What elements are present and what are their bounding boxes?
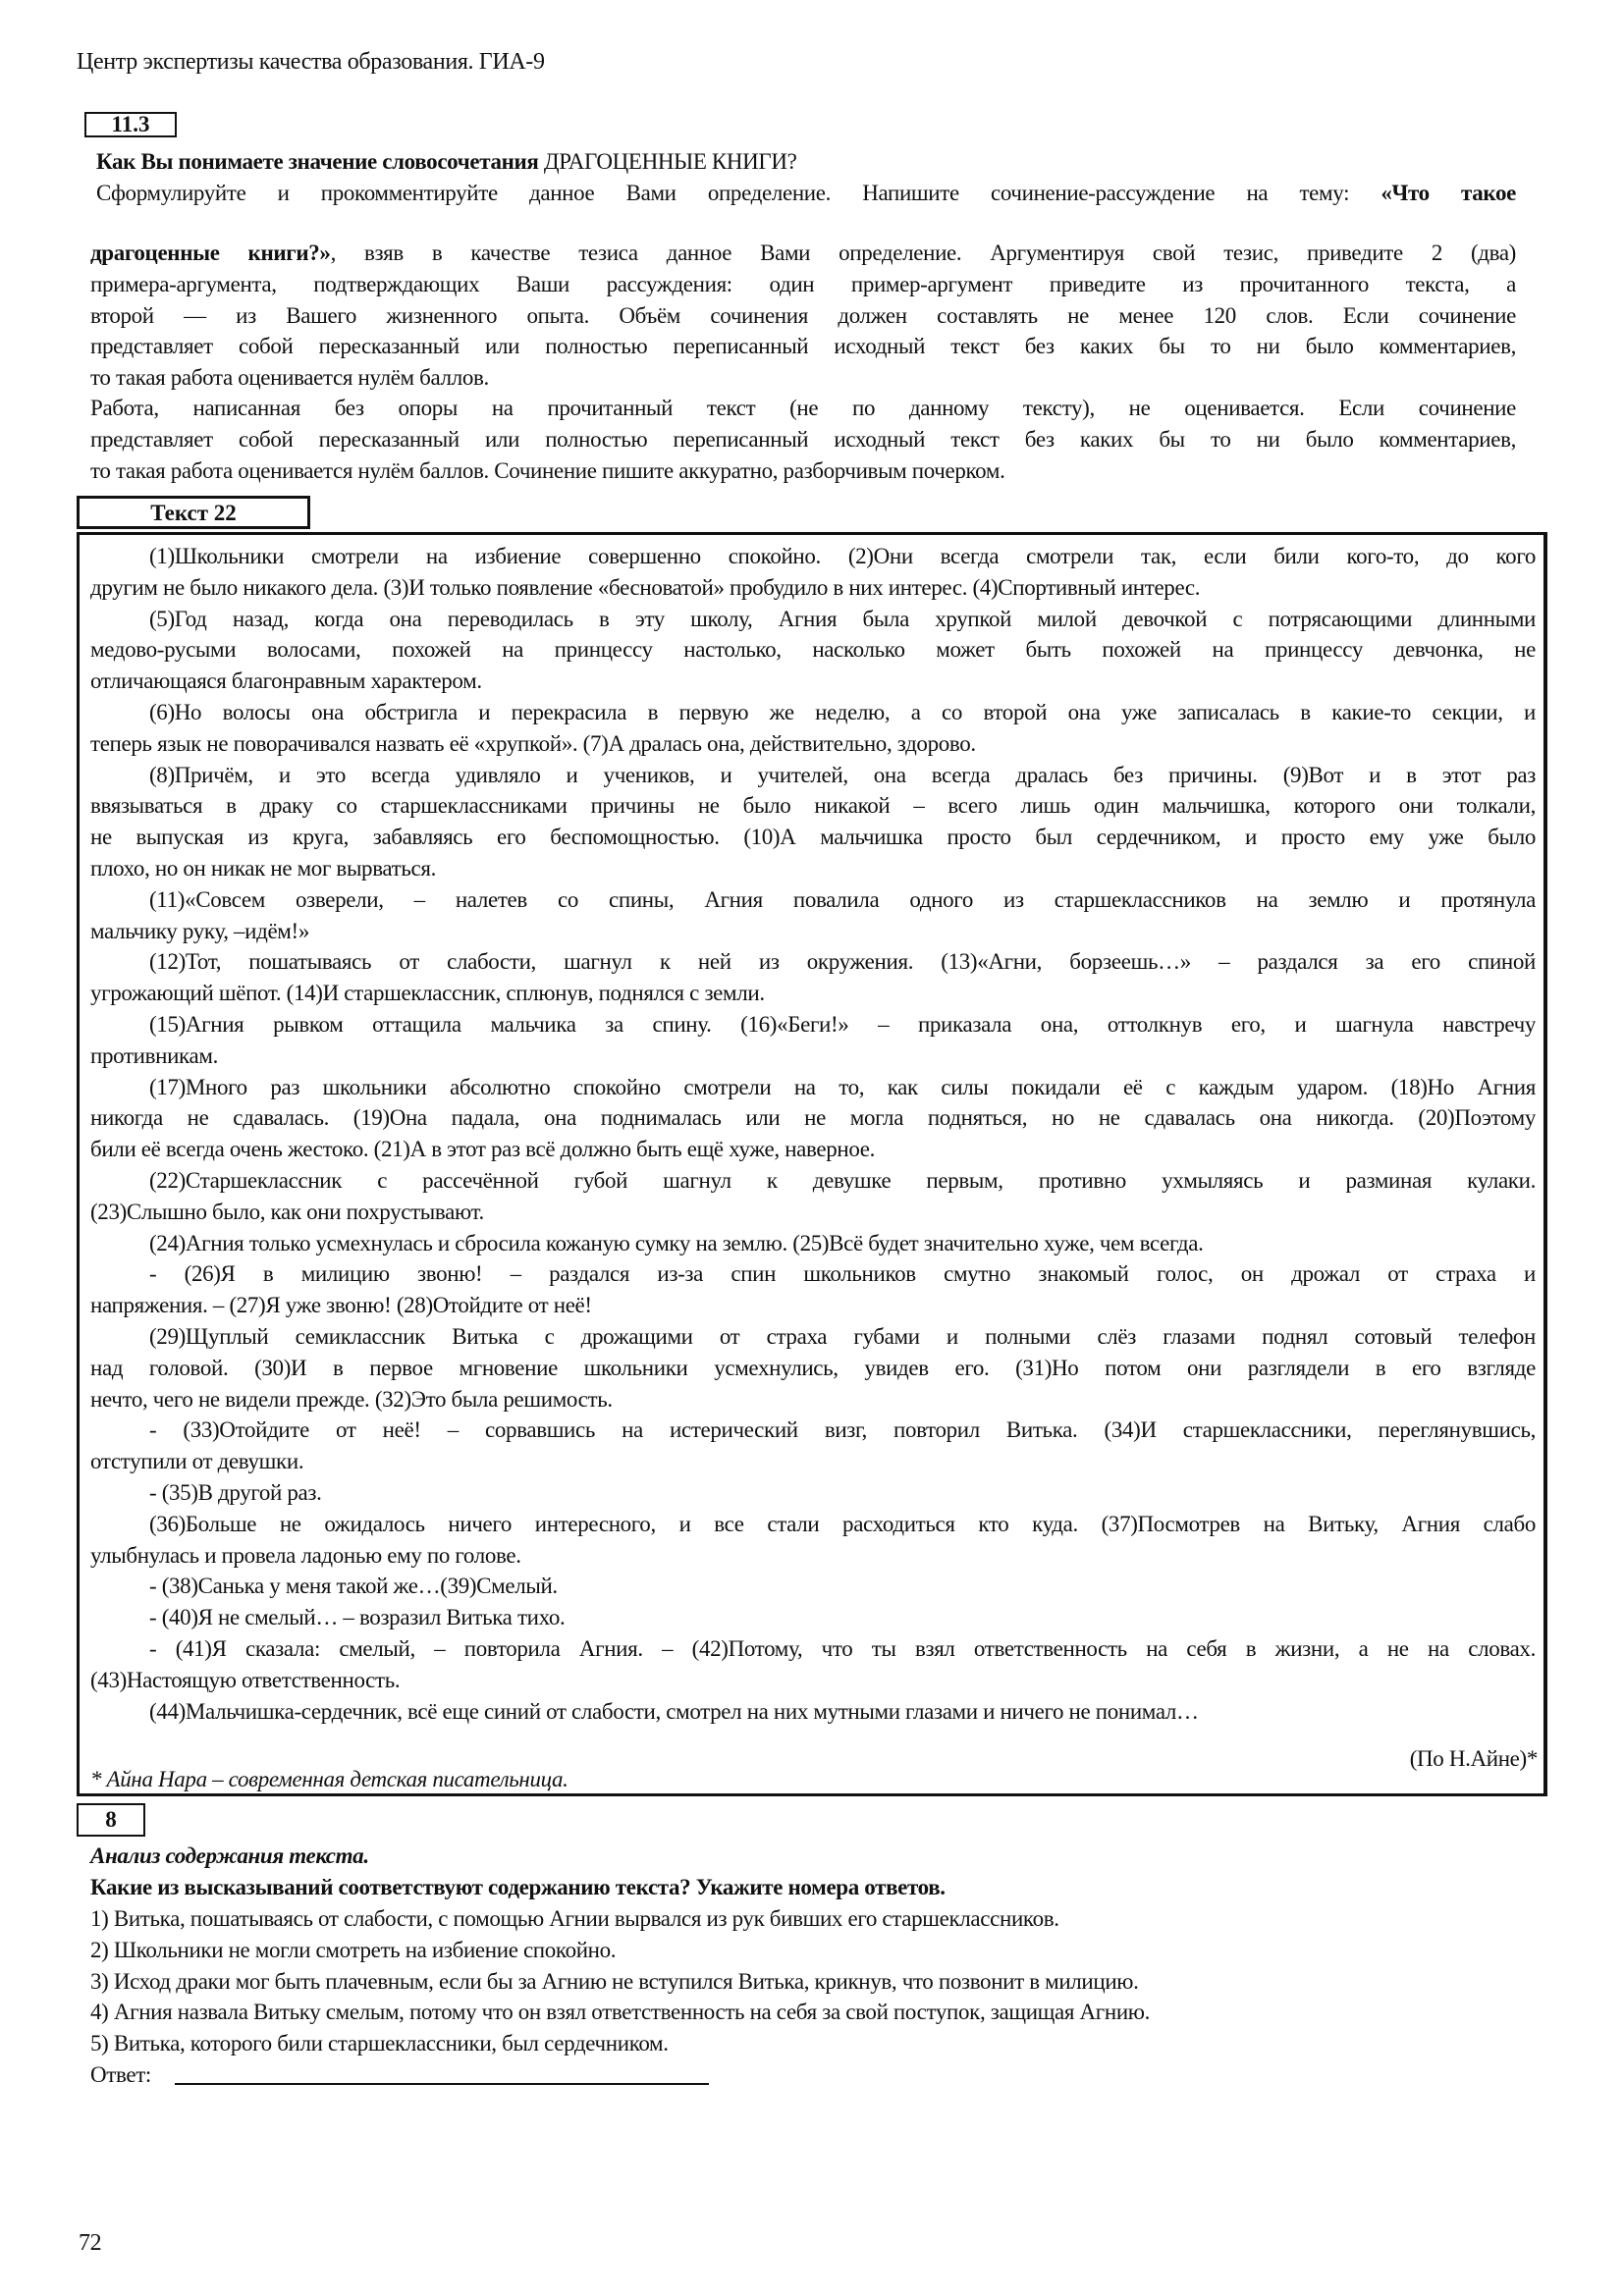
answer-option: 3) Исход драки мог быть плачевным, если … — [90, 1967, 1139, 1997]
passage-line: теперь язык не поворачивался назвать её … — [90, 729, 1536, 759]
passage-line: (15)Агния рывком оттащила мальчика за сп… — [149, 1010, 1536, 1040]
passage-line: не выпуская из круга, забавляясь его бес… — [90, 823, 1536, 852]
passage-line: отступили от девушки. — [90, 1447, 1536, 1476]
passage-line: улыбнулась и провела ладонью ему по голо… — [90, 1541, 1536, 1571]
passage-line: - (40)Я не смелый… – возразил Витька тих… — [149, 1603, 1536, 1632]
text-label-box: Текст 22 — [77, 496, 310, 529]
essay-instruction-line-1: Сформулируйте и прокомментируйте данное … — [96, 179, 1516, 208]
passage-line: били её всегда очень жестоко. (21)А в эт… — [90, 1135, 1536, 1164]
passage-line: угрожающий шёпот. (14)И старшеклассник, … — [90, 979, 1536, 1008]
passage-line: - (26)Я в милицию звоню! – раздался из-з… — [149, 1259, 1536, 1289]
essay-question-phrase: ДРАГОЦЕННЫЕ КНИГИ? — [544, 149, 797, 174]
passage-line: медово-русыми волосами, похожей на принц… — [90, 635, 1536, 665]
answer-input-line[interactable] — [175, 2083, 709, 2085]
task-number-label: 8 — [105, 1807, 117, 1832]
passage-line: (12)Тот, пошатываясь от слабости, шагнул… — [149, 947, 1536, 977]
passage-line: (44)Мальчишка-сердечник, всё еще синий о… — [149, 1697, 1536, 1727]
text-attribution: (По Н.Айне)* — [1410, 1744, 1538, 1774]
passage-line: (17)Много раз школьники абсолютно спокой… — [149, 1073, 1536, 1102]
essay-instruction-line: второй — из Вашего жизненного опыта. Объ… — [90, 301, 1516, 331]
passage-line: нечто, чего не видели прежде. (32)Это бы… — [90, 1385, 1536, 1415]
answer-option: 5) Витька, которого били старшеклассники… — [90, 2029, 669, 2058]
answer-option: 1) Витька, пошатываясь от слабости, с по… — [90, 1904, 1059, 1934]
passage-line: (22)Старшеклассник с рассечённой губой ш… — [149, 1166, 1536, 1196]
passage-line: (5)Год назад, когда она переводилась в э… — [149, 605, 1536, 634]
passage-line: - (38)Санька у меня такой же…(39)Смелый. — [149, 1572, 1536, 1601]
passage-line: плохо, но он никак не мог вырваться. — [90, 854, 1536, 883]
passage-line: (11)«Совсем озверели, – налетев со спины… — [149, 885, 1536, 915]
passage-line: противникам. — [90, 1041, 1536, 1071]
author-footnote: * Айна Нара – современная детская писате… — [90, 1765, 568, 1794]
running-header: Центр экспертизы качества образования. Г… — [77, 47, 545, 77]
task-number-label: 11.3 — [112, 112, 150, 136]
passage-line: (6)Но волосы она обстригла и перекрасила… — [149, 698, 1536, 727]
essay-instruction-line: Работа, написанная без опоры на прочитан… — [90, 394, 1516, 423]
text-label: Текст 22 — [150, 501, 237, 525]
essay-instruction-line-2: драгоценные книги?», взяв в качестве тез… — [90, 239, 1516, 268]
essay-question-text: Как Вы понимаете значение словосочетания — [96, 149, 544, 174]
passage-line: напряжения. – (27)Я уже звоню! (28)Отойд… — [90, 1291, 1536, 1320]
passage-line: (23)Слышно было, как они похрустывают. — [90, 1198, 1536, 1227]
passage-line: другим не было никакого дела. (3)И тольк… — [90, 573, 1536, 603]
essay-instruction-line: представляет собой пересказанный или пол… — [90, 332, 1516, 361]
task-number-11-3: 11.3 — [84, 112, 177, 137]
essay-instruction-line: представляет собой пересказанный или пол… — [90, 425, 1516, 454]
passage-line: - (35)В другой раз. — [149, 1478, 1536, 1508]
answer-label: Ответ: — [90, 2060, 151, 2090]
passage-line: никогда не сдавалась. (19)Она падала, он… — [90, 1103, 1536, 1133]
essay-topic-start: «Что такое — [1380, 181, 1516, 205]
answer-option: 4) Агния назвала Витьку смелым, потому ч… — [90, 1998, 1150, 2027]
task-8-subtitle: Анализ содержания текста. — [90, 1842, 369, 1871]
passage-line: (24)Агния только усмехнулась и сбросила … — [149, 1229, 1536, 1258]
passage-line: над головой. (30)И в первое мгновение шк… — [90, 1354, 1536, 1383]
answer-option: 2) Школьники не могли смотреть на избиен… — [90, 1936, 616, 1965]
passage-line: (36)Больше не ожидалось ничего интересно… — [149, 1510, 1536, 1539]
essay-instruction-line: примера-аргумента, подтверждающих Ваши р… — [90, 270, 1516, 299]
passage-line: - (41)Я сказала: смелый, – повторила Агн… — [149, 1634, 1536, 1664]
passage-line: отличающаяся благонравным характером. — [90, 667, 1536, 696]
passage-line: - (33)Отойдите от неё! – сорвавшись на и… — [149, 1415, 1536, 1445]
task-number-8: 8 — [77, 1803, 145, 1837]
page-number: 72 — [79, 2228, 101, 2258]
essay-question: Как Вы понимаете значение словосочетания… — [96, 147, 797, 177]
essay-topic-end: драгоценные книги?» — [90, 240, 331, 265]
instruction-text: Сформулируйте и прокомментируйте данное … — [96, 181, 1380, 205]
passage-line: (29)Щуплый семиклассник Витька с дрожащи… — [149, 1322, 1536, 1352]
passage-line: (8)Причём, и это всегда удивляло и учени… — [149, 761, 1536, 790]
passage-line: мальчику руку, –идём!» — [90, 917, 1536, 946]
instruction-text: , взяв в качестве тезиса данное Вами опр… — [331, 240, 1516, 265]
passage-line: ввязываться в драку со старшеклассниками… — [90, 791, 1536, 821]
task-8-question: Какие из высказываний соответствуют соде… — [90, 1873, 946, 1902]
passage-line: (1)Школьники смотрели на избиение соверш… — [149, 542, 1536, 571]
essay-instruction-line: то такая работа оценивается нулём баллов… — [90, 456, 1516, 486]
passage-line: (43)Настоящую ответственность. — [90, 1666, 1536, 1695]
essay-instruction-line: то такая работа оценивается нулём баллов… — [90, 363, 1516, 393]
